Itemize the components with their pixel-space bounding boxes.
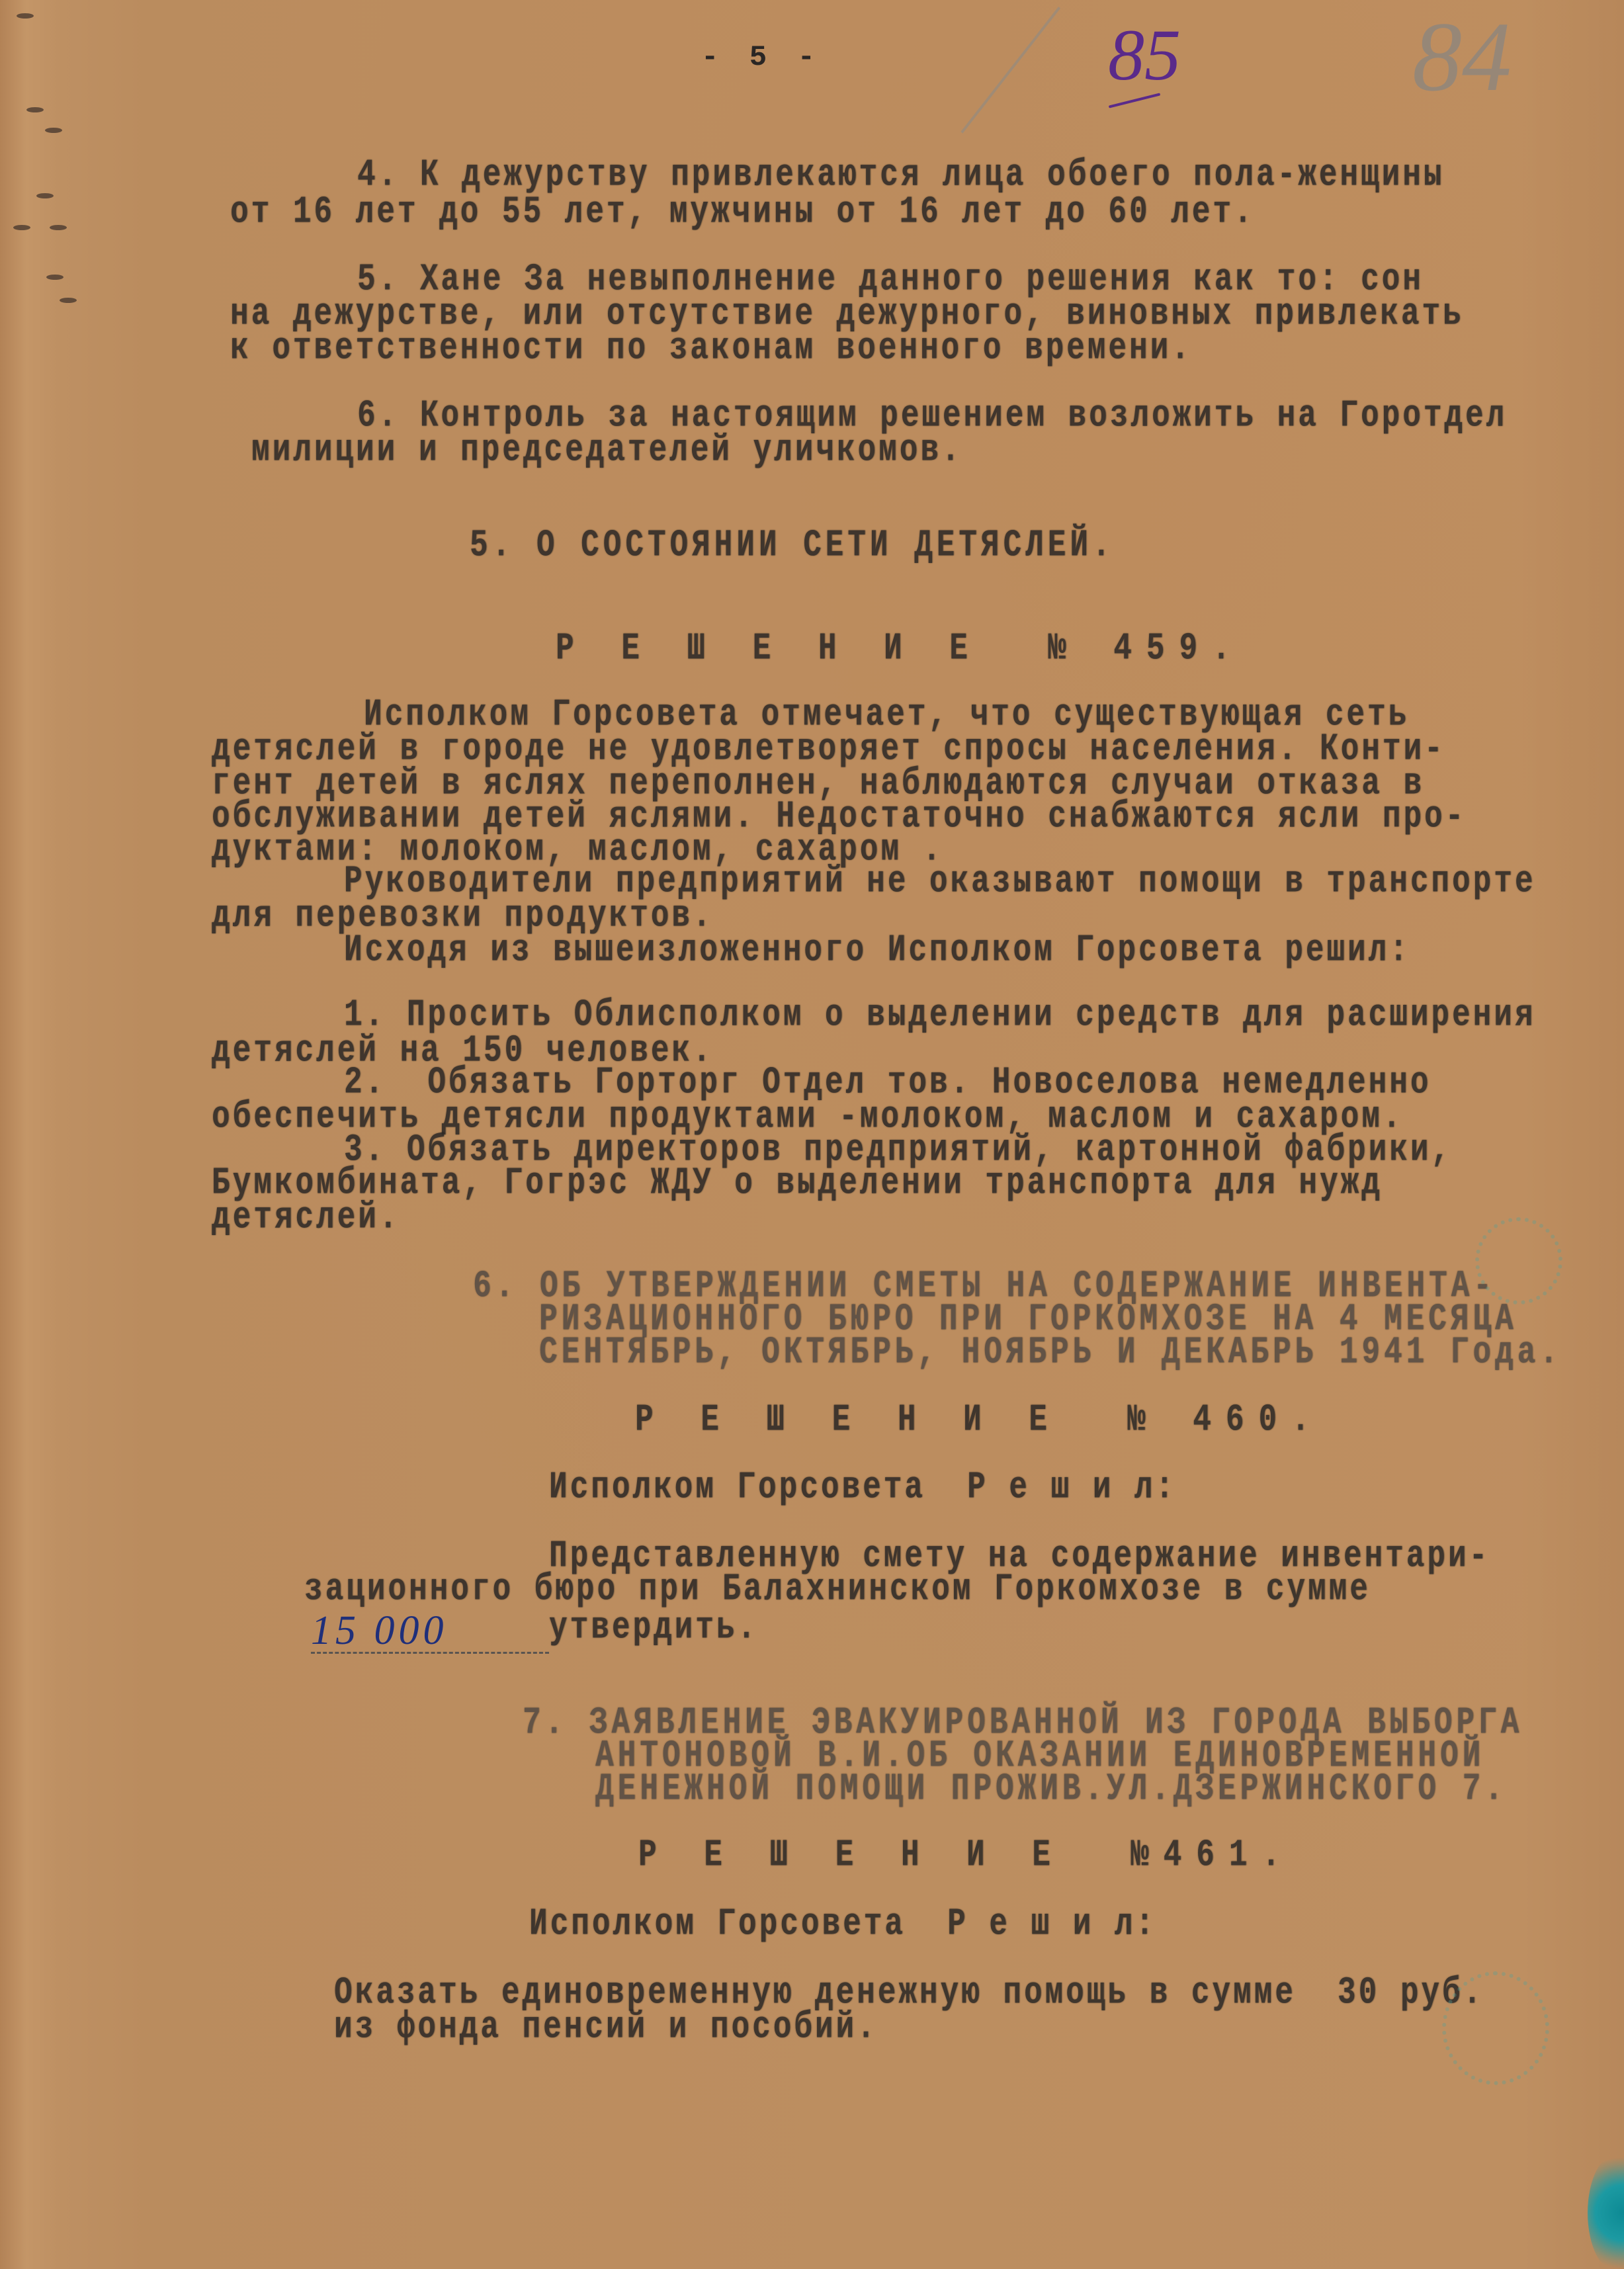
agenda-7-title-line: ДЕНЕЖНОЙ ПОМОЩИ ПРОЖИВ.УЛ.ДЗЕРЖИНСКОГО 7… bbox=[595, 1768, 1507, 1811]
folio-number-pencil: 84 bbox=[1412, 0, 1512, 114]
binding-hole bbox=[26, 107, 44, 112]
binding-hole bbox=[45, 128, 62, 133]
archival-document-page: - 5 - 85 84 4. К дежурству привлекаются … bbox=[0, 0, 1624, 2269]
page-number: - 5 - bbox=[701, 41, 822, 74]
decision-460-heading: Р Е Ш Е Н И Е № 460. bbox=[635, 1398, 1324, 1441]
agenda-6-title-line: СЕНТЯБРЬ, ОКТЯБРЬ, НОЯБРЬ И ДЕКАБРЬ 1941… bbox=[539, 1331, 1562, 1374]
item-4-line-2: от 16 лет до 55 лет, мужчины от 16 лет д… bbox=[230, 191, 1255, 234]
binding-hole bbox=[36, 193, 54, 198]
amount-underline bbox=[311, 1652, 549, 1654]
binding-hole bbox=[50, 225, 67, 230]
agenda-5-title: 5. О СОСТОЯНИИ СЕТИ ДЕТЯСЛЕЙ. bbox=[470, 524, 1115, 567]
handwritten-amount: 15 000 bbox=[311, 1607, 448, 1654]
item-6-line-2: милиции и председателей уличкомов. bbox=[251, 429, 962, 472]
binding-hole bbox=[60, 298, 77, 303]
binding-hole bbox=[46, 275, 64, 280]
decision-459-heading: Р Е Ш Е Н И Е № 459. bbox=[556, 627, 1245, 670]
faint-stamp-mark bbox=[1442, 1971, 1549, 2085]
faint-stamp-mark bbox=[1475, 1217, 1562, 1305]
teal-ink-stamp bbox=[1588, 2153, 1624, 2269]
folio-number-purple: 85 bbox=[1108, 13, 1181, 97]
agenda-7-body-line: из фонда пенсий и пособий. bbox=[334, 2006, 878, 2049]
agenda-6-resolved: Исполком Горсовета Р е ш и л: bbox=[549, 1466, 1176, 1509]
pencil-strikethrough bbox=[961, 7, 1060, 134]
agenda-6-body-line: зационного бюро при Балахнинском Горкомх… bbox=[304, 1568, 1371, 1611]
agenda-6-body-line: утвердить. bbox=[549, 1606, 758, 1649]
binding-hole bbox=[17, 13, 34, 19]
agenda-5-body-line: Исходя из вышеизложенного Исполком Горсо… bbox=[344, 929, 1410, 972]
item-5-line-3: к ответственности по законам военного вр… bbox=[230, 327, 1192, 370]
agenda-5-point: детяслей. bbox=[212, 1196, 400, 1239]
binding-hole bbox=[13, 225, 30, 230]
agenda-7-resolved: Исполком Горсовета Р е ш и л: bbox=[529, 1903, 1156, 1946]
decision-461-heading: Р Е Ш Е Н И Е №461. bbox=[638, 1834, 1295, 1877]
